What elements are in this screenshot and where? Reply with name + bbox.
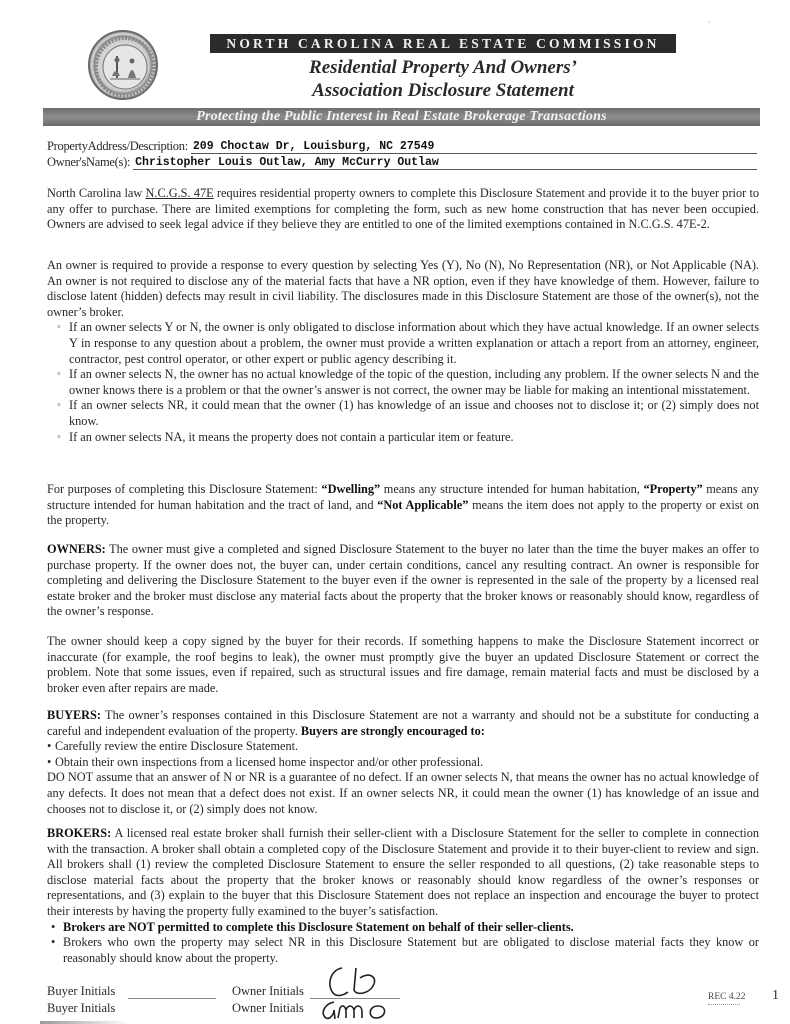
owner-initials-label-2: Owner Initials [232,1001,304,1015]
owners-heading: OWNERS: [47,542,106,556]
buyer-initials-field-1[interactable] [128,998,216,999]
brokers-heading: BROKERS: [47,826,111,840]
owners-update-paragraph: The owner should keep a copy signed by t… [47,634,759,696]
owner-initials-signature-1-icon [320,964,390,1000]
response-options-list: If an owner selects Y or N, the owner is… [59,320,759,445]
list-item: If an owner selects NA, it means the pro… [59,430,759,446]
form-code: REC 4.22 [708,992,745,1002]
brokers-rules-list: Brokers are NOT permitted to complete th… [49,920,759,967]
list-item: If an owner selects NR, it could mean th… [59,398,759,429]
owner-names-label: Owner'sName(s): [47,155,130,170]
document-title-line-1: Residential Property And Owners’ [210,57,676,79]
property-address-row: PropertyAddress/Description: 209 Choctaw… [47,138,757,154]
buyers-warning-text: DO NOT assume that an answer of N or NR … [47,770,759,817]
list-item: Obtain their own inspections from a lice… [47,755,759,771]
list-item: Brokers are NOT permitted to complete th… [49,920,759,936]
list-item: Carefully review the entire Disclosure S… [47,739,759,755]
list-item: If an owner selects N, the owner has no … [59,367,759,398]
buyers-emphasis: Buyers are strongly encouraged to: [301,724,485,738]
definitions-paragraph: For purposes of completing this Disclosu… [47,482,759,529]
brokers-prohibition-text: Brokers are NOT permitted to complete th… [63,920,574,934]
statute-link[interactable]: N.C.G.S. 47E [146,186,214,200]
owner-initials-signature-2-icon [318,998,408,1024]
commission-name-banner: NORTH CAROLINA REAL ESTATE COMMISSION [210,34,676,53]
property-address-label: PropertyAddress/Description: [47,139,188,154]
owners-text: The owner must give a completed and sign… [47,542,759,618]
disclosure-page: · NORTH CAROLINA REAL ESTATE COMMISSION … [0,0,790,1024]
definitions-text: means any structure intended for human h… [380,482,643,496]
brokers-text: A licensed real estate broker shall furn… [47,826,759,918]
scan-mark: · [708,18,711,27]
owner-names-field[interactable]: Christopher Louis Outlaw, Amy McCurry Ou… [133,156,757,170]
list-item: Brokers who own the property may select … [49,935,759,966]
buyer-initials-label-2: Buyer Initials [47,1001,115,1015]
list-item: If an owner selects Y or N, the owner is… [59,320,759,367]
seal-graphic-icon [90,32,160,102]
commission-seal-icon [88,30,158,100]
brokers-section: BROKERS: A licensed real estate broker s… [47,826,759,966]
intro-text-pre: North Carolina law [47,186,146,200]
buyer-initials-label-1: Buyer Initials [47,984,115,999]
page-number: 1 [772,988,779,1004]
owners-section: OWNERS: The owner must give a completed … [47,542,759,620]
response-requirements-text: An owner is required to provide a respon… [47,258,759,320]
owners-update-text: The owner should keep a copy signed by t… [47,634,759,696]
intro-paragraph: North Carolina law N.C.G.S. 47E requires… [47,186,759,233]
term-not-applicable: “Not Applicable” [377,498,468,512]
buyers-heading: BUYERS: [47,708,101,722]
document-title-line-2: Association Disclosure Statement [210,80,676,102]
buyers-recommendations-list: Carefully review the entire Disclosure S… [47,739,759,770]
response-requirements-section: An owner is required to provide a respon… [47,258,759,445]
definitions-text: For purposes of completing this Disclosu… [47,482,321,496]
property-address-field[interactable]: 209 Choctaw Dr, Louisburg, NC 27549 [191,140,757,154]
buyers-section: BUYERS: The owner’s responses contained … [47,708,759,817]
owner-names-row: Owner'sName(s): Christopher Louis Outlaw… [47,154,757,170]
form-code-subline [708,1004,740,1005]
term-dwelling: “Dwelling” [321,482,380,496]
tagline-banner: Protecting the Public Interest in Real E… [43,108,760,126]
owner-initials-label-1: Owner Initials [232,984,304,999]
term-property: “Property” [643,482,702,496]
